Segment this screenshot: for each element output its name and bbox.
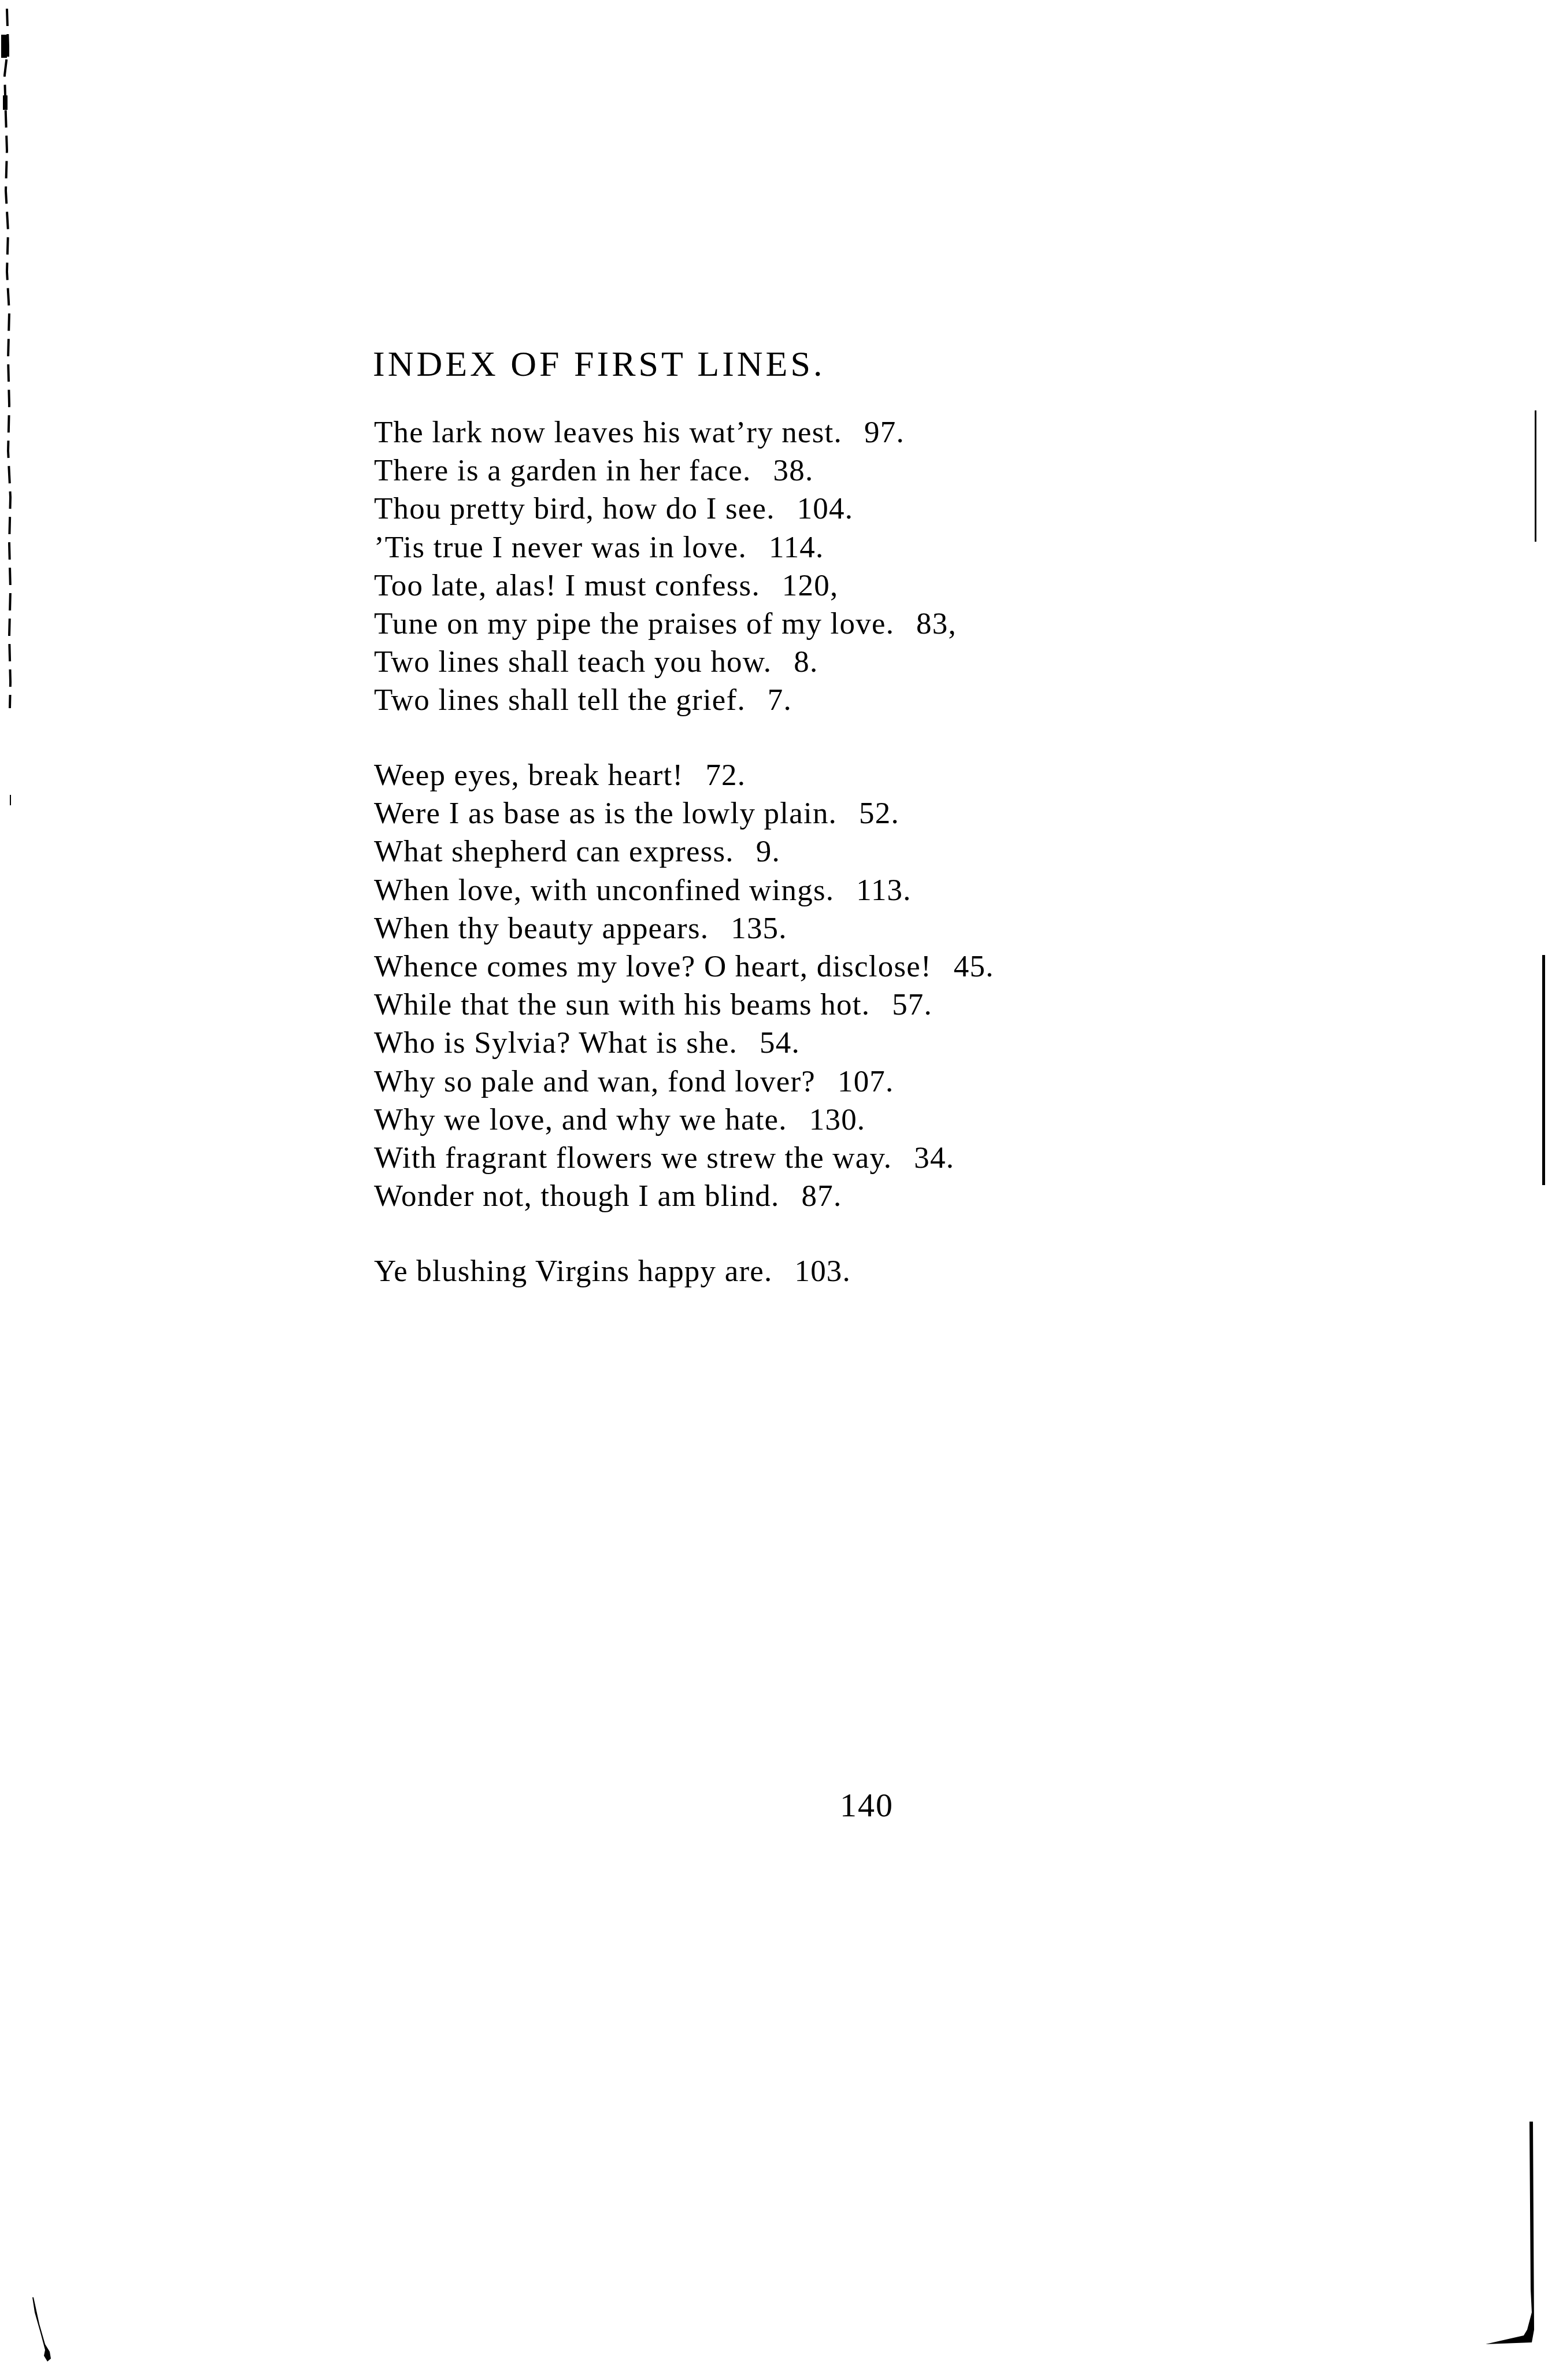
index-entry: Two lines shall teach you how.8. <box>374 643 957 681</box>
index-entry: There is a garden in her face.38. <box>374 451 957 490</box>
scan-corner-bottom-left-mark <box>23 2289 58 2370</box>
page-reference: 104. <box>797 492 854 525</box>
index-entry: Were I as base as is the lowly plain.52. <box>374 794 994 832</box>
page-reference: 57. <box>892 988 932 1021</box>
index-block-y: Ye blushing Virgins happy are.103. <box>374 1252 851 1290</box>
page-title: INDEX OF FIRST LINES. <box>373 344 825 384</box>
first-line-text: Why we love, and why we hate. <box>374 1103 787 1137</box>
page-reference: 135. <box>731 912 787 945</box>
index-block-w: Weep eyes, break heart!72. Were I as bas… <box>374 756 994 1215</box>
page-reference: 114. <box>769 531 824 564</box>
first-line-text: Why so pale and wan, fond lover? <box>374 1065 816 1098</box>
scan-edge-left-mark <box>0 0 23 821</box>
page-reference: 34. <box>914 1141 954 1175</box>
scan-corner-bottom-right-mark <box>1474 2116 1563 2380</box>
first-line-text: Weep eyes, break heart! <box>374 758 683 792</box>
index-block-t: The lark now leaves his wat’ry nest.97. … <box>374 413 957 720</box>
index-entry: Two lines shall tell the grief.7. <box>374 681 957 719</box>
index-entry: Weep eyes, break heart!72. <box>374 756 994 794</box>
first-line-text: Two lines shall tell the grief. <box>374 683 746 717</box>
index-entry: What shepherd can express.9. <box>374 832 994 871</box>
page-reference: 54. <box>760 1026 800 1060</box>
first-line-text: Ye blushing Virgins happy are. <box>374 1254 772 1288</box>
index-entry: The lark now leaves his wat’ry nest.97. <box>374 413 957 451</box>
page-reference: 8. <box>794 645 818 679</box>
first-line-text: When love, with unconfined wings. <box>374 873 834 907</box>
index-entry: With fragrant flowers we strew the way.3… <box>374 1139 994 1177</box>
first-line-text: Who is Sylvia? What is she. <box>374 1026 738 1060</box>
page-reference: 120, <box>782 569 839 602</box>
first-line-text: Whence comes my love? O heart, disclose! <box>374 950 932 983</box>
page-reference: 52. <box>859 797 899 830</box>
page-reference: 45. <box>954 950 994 983</box>
index-entry: Why we love, and why we hate.130. <box>374 1101 994 1139</box>
first-line-text: The lark now leaves his wat’ry nest. <box>374 416 842 449</box>
index-entry: Who is Sylvia? What is she.54. <box>374 1024 994 1062</box>
page-reference: 72. <box>705 758 746 792</box>
index-entry: Whence comes my love? O heart, disclose!… <box>374 947 994 986</box>
scan-edge-right-line-middle <box>1542 955 1545 1185</box>
first-line-text: What shepherd can express. <box>374 835 734 868</box>
page-reference: 87. <box>802 1179 842 1213</box>
page-reference: 9. <box>756 835 780 868</box>
first-line-text: When thy beauty appears. <box>374 912 709 945</box>
first-line-text: There is a garden in her face. <box>374 454 751 487</box>
page-reference: 7. <box>768 683 792 717</box>
page-reference: 107. <box>838 1065 894 1098</box>
index-entry: Too late, alas! I must confess.120, <box>374 567 957 605</box>
first-line-text: ’Tis true I never was in love. <box>374 531 747 564</box>
page-number: 140 <box>840 1785 894 1826</box>
index-entry: Ye blushing Virgins happy are.103. <box>374 1252 851 1290</box>
first-line-text: Two lines shall teach you how. <box>374 645 772 679</box>
first-line-text: With fragrant flowers we strew the way. <box>374 1141 892 1175</box>
first-line-text: Wonder not, though I am blind. <box>374 1179 780 1213</box>
page-reference: 103. <box>794 1254 851 1288</box>
index-entry: Why so pale and wan, fond lover?107. <box>374 1063 994 1101</box>
scan-edge-right-line-upper <box>1535 410 1536 542</box>
index-entry: While that the sun with his beams hot.57… <box>374 986 994 1024</box>
index-entry: Thou pretty bird, how do I see.104. <box>374 490 957 528</box>
index-entry: When love, with unconfined wings.113. <box>374 871 994 909</box>
page-reference: 97. <box>864 416 905 449</box>
page-reference: 38. <box>773 454 814 487</box>
first-line-text: While that the sun with his beams hot. <box>374 988 870 1021</box>
index-entry: Tune on my pipe the praises of my love.8… <box>374 605 957 643</box>
page-reference: 113. <box>856 873 912 907</box>
page-reference: 130. <box>809 1103 866 1137</box>
index-entry: When thy beauty appears.135. <box>374 909 994 947</box>
first-line-text: Were I as base as is the lowly plain. <box>374 797 837 830</box>
page-reference: 83, <box>916 607 957 641</box>
first-line-text: Tune on my pipe the praises of my love. <box>374 607 894 641</box>
index-entry: ’Tis true I never was in love.114. <box>374 528 957 567</box>
first-line-text: Thou pretty bird, how do I see. <box>374 492 775 525</box>
first-line-text: Too late, alas! I must confess. <box>374 569 760 602</box>
index-entry: Wonder not, though I am blind.87. <box>374 1177 994 1215</box>
